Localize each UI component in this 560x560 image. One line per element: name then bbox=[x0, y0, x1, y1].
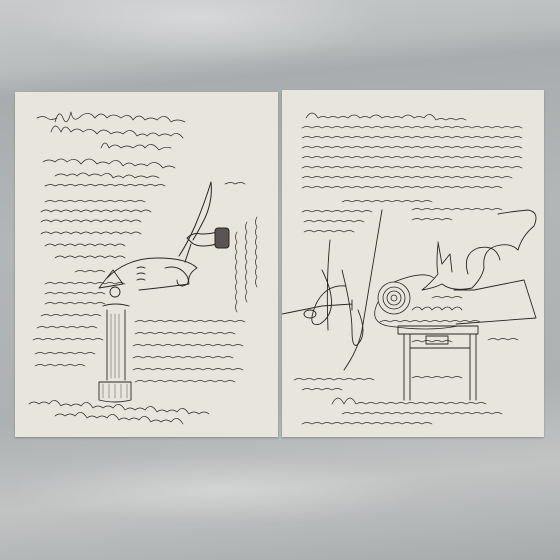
quill-hand-illustration bbox=[179, 182, 229, 262]
abstract-figure-illustration bbox=[282, 210, 382, 370]
fox-creature-illustration bbox=[422, 210, 536, 324]
calligraphy-script-block bbox=[29, 112, 257, 424]
column-pedestal-illustration bbox=[99, 304, 131, 402]
left-sheet-artwork bbox=[15, 92, 278, 437]
left-print-sheet bbox=[15, 92, 278, 437]
right-sheet-artwork bbox=[282, 90, 544, 437]
scroll-illustration bbox=[99, 258, 197, 297]
table-illustration bbox=[398, 326, 478, 400]
right-print-sheet bbox=[282, 90, 544, 437]
